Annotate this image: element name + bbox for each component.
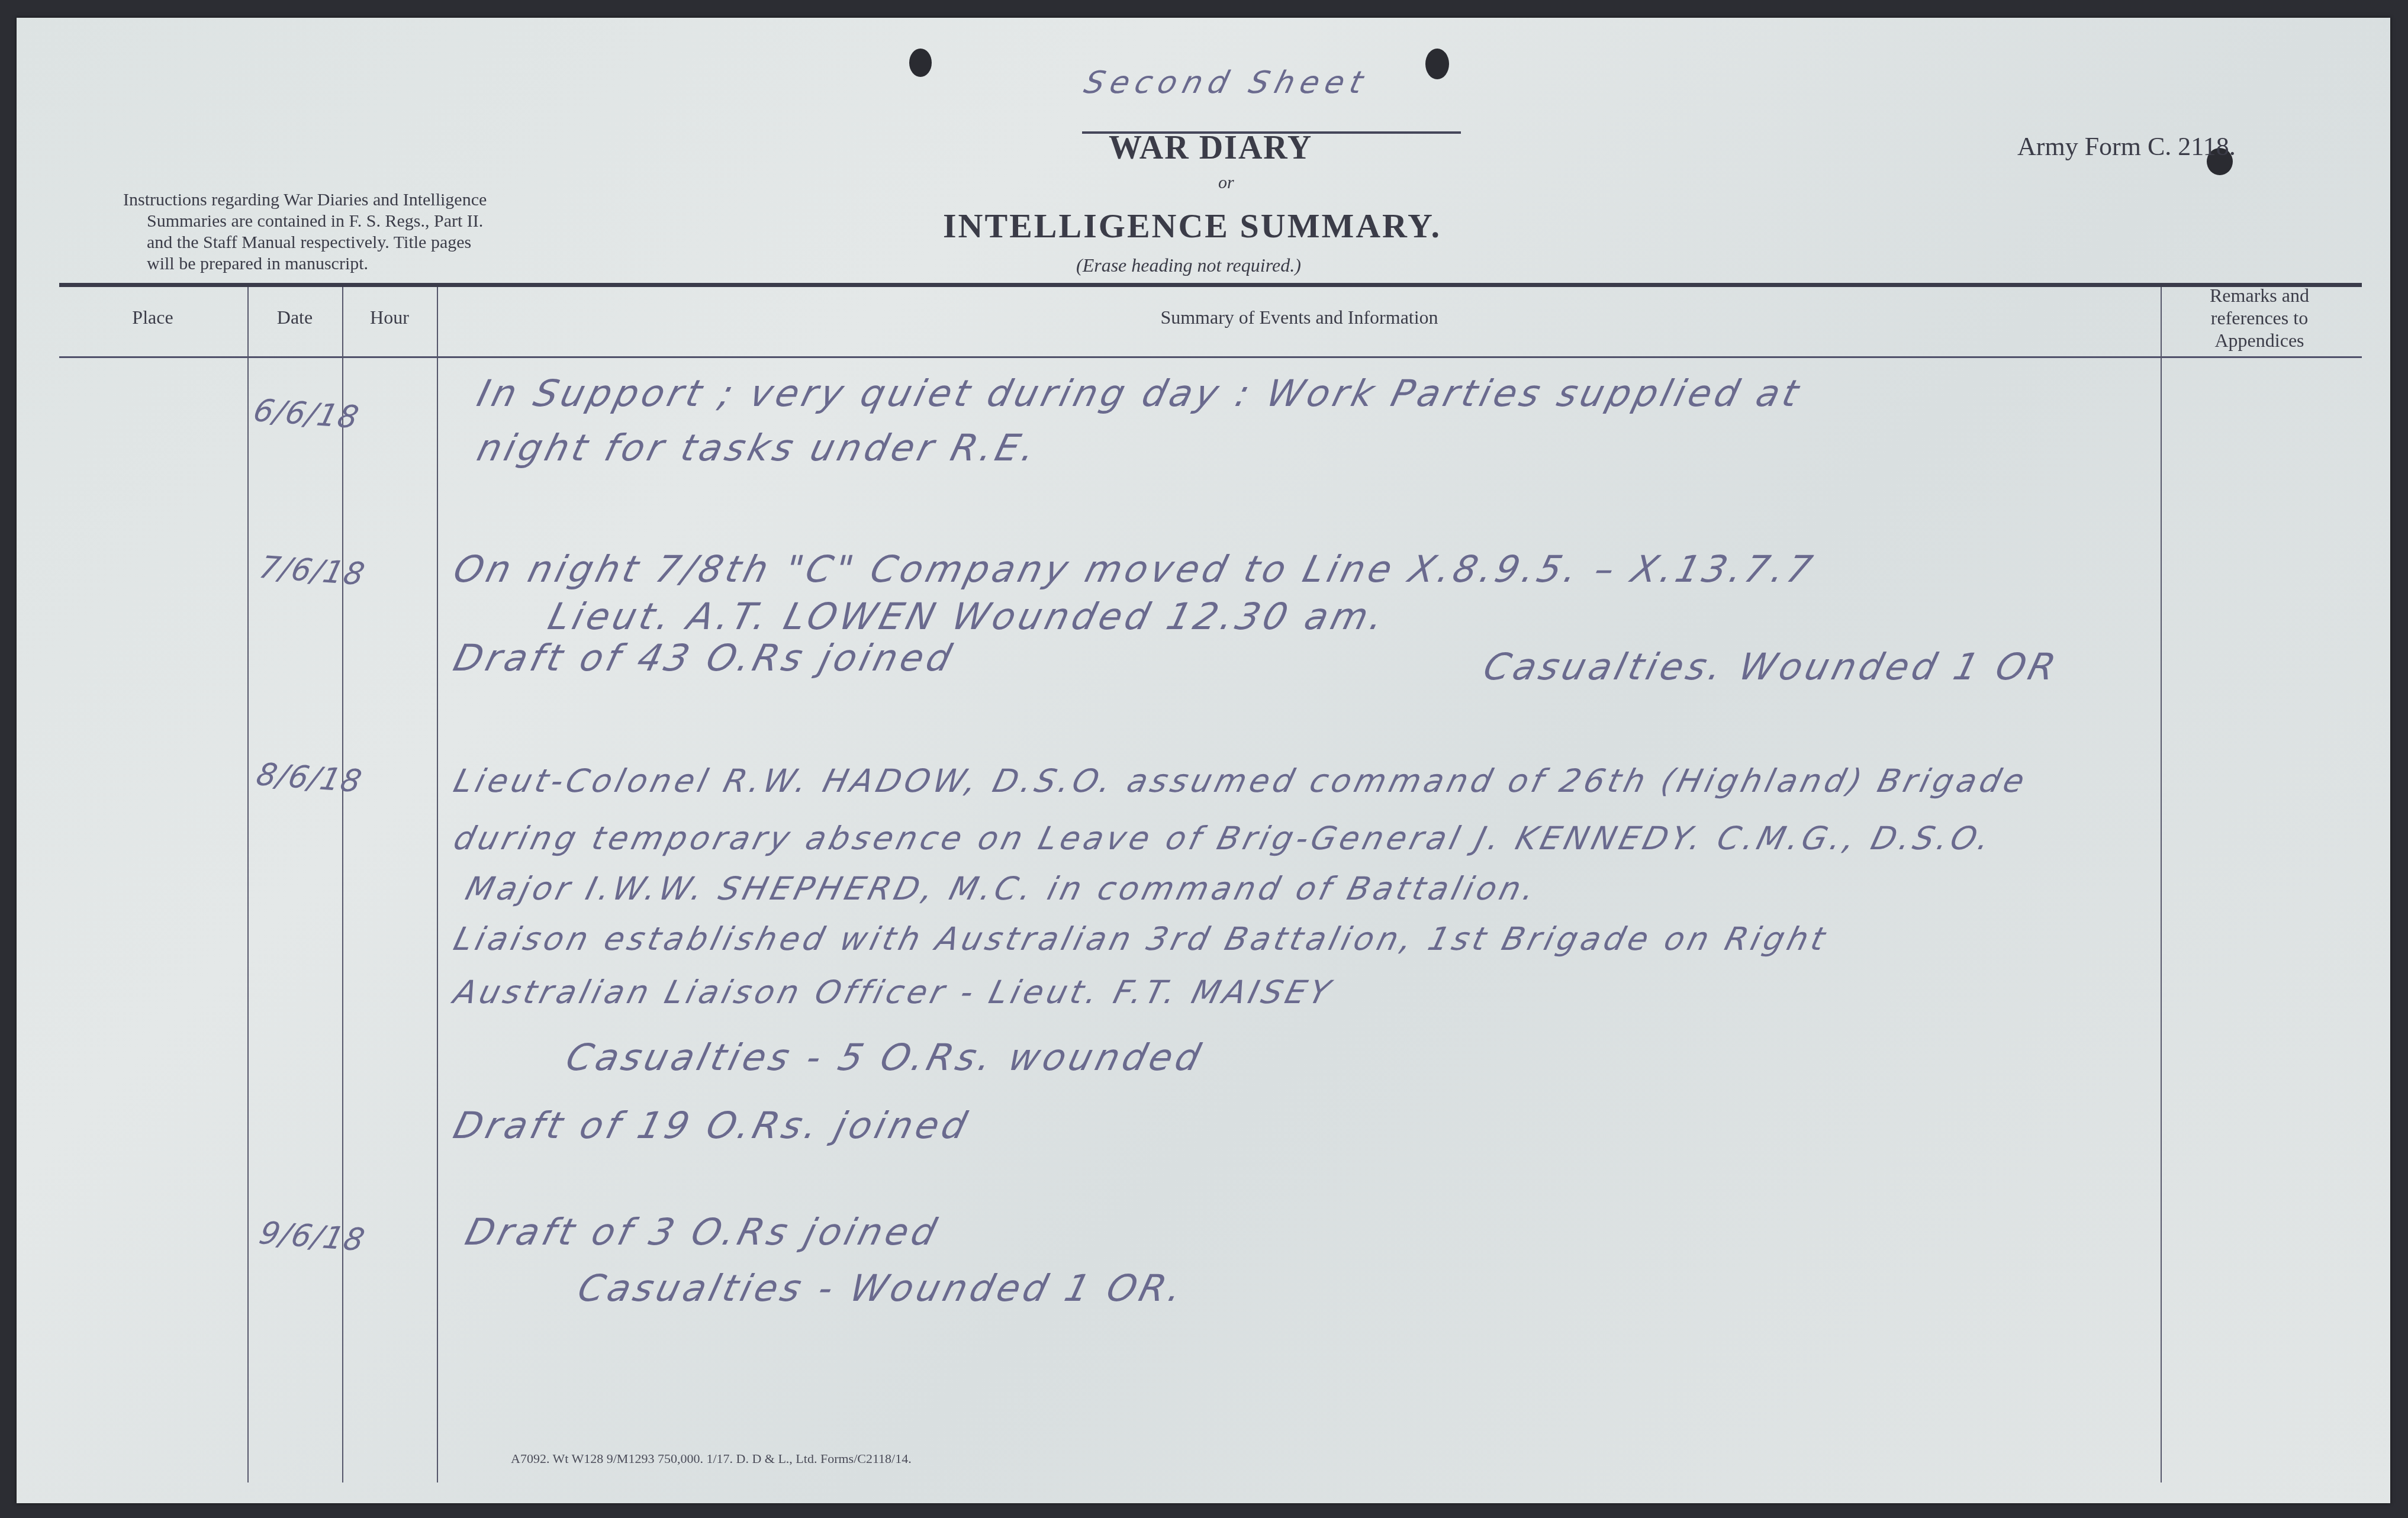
entry-date: 9/6/18: [256, 1216, 369, 1258]
column-divider: [247, 287, 249, 1482]
instructions-line: will be prepared in manuscript.: [123, 253, 691, 275]
title-or: or: [1218, 173, 1234, 193]
entry-line: Major I.W.W. SHEPHERD, M.C. in command o…: [462, 870, 1542, 907]
entry-line: Australian Liaison Officer - Lieut. F.T.…: [450, 974, 1337, 1011]
header-bottom-rule: [59, 356, 2362, 358]
handwritten-title: Second Sheet: [1081, 65, 1373, 101]
entry-date: 8/6/18: [253, 757, 366, 800]
remarks-header-line: Appendices: [2162, 329, 2357, 352]
title-intelligence-summary: INTELLIGENCE SUMMARY.: [943, 206, 1441, 246]
entry-line: Liaison established with Australian 3rd …: [450, 920, 1832, 958]
entry-line: Draft of 3 O.Rs joined: [461, 1210, 944, 1253]
column-header-place: Place: [64, 307, 242, 328]
entry-line: Draft of 43 O.Rs joined: [449, 636, 960, 679]
entry-line: Casualties - Wounded 1 OR.: [574, 1266, 1190, 1310]
title-war-diary: WAR DIARY: [1109, 129, 1312, 167]
entry-line: Lieut. A.T. LOWEN Wounded 12.30 am.: [544, 595, 1392, 638]
erase-heading-note: (Erase heading not required.): [1076, 254, 1301, 276]
punch-hole-left: [909, 49, 932, 77]
entry-date: 7/6/18: [256, 550, 369, 592]
entry-line: Draft of 19 O.Rs. joined: [449, 1104, 974, 1147]
printer-imprint: A7092. Wt W128 9/M1293 750,000. 1/17. D.…: [511, 1451, 912, 1467]
column-header-summary: Summary of Events and Information: [438, 307, 2161, 328]
entry-line: Casualties. Wounded 1 OR: [1479, 645, 2063, 688]
column-divider: [437, 287, 438, 1482]
column-header-date: Date: [249, 307, 341, 328]
column-divider: [342, 287, 343, 1482]
entry-date: 6/6/18: [250, 393, 363, 436]
instructions-line: Instructions regarding War Diaries and I…: [123, 189, 691, 211]
army-form-number: Army Form C. 2118.: [2017, 131, 2236, 162]
entry-line: Lieut-Colonel R.W. HADOW, D.S.O. assumed…: [450, 762, 2032, 800]
punch-hole-right: [1425, 49, 1449, 79]
instructions-line: and the Staff Manual respectively. Title…: [123, 232, 691, 253]
entry-line: night for tasks under R.E.: [473, 426, 1044, 469]
entry-line: during temporary absence on Leave of Bri…: [450, 820, 1997, 857]
entry-line: In Support ; very quiet during day : Wor…: [473, 372, 1807, 415]
column-header-remarks: Remarks and references to Appendices: [2162, 284, 2357, 352]
remarks-header-line: Remarks and: [2162, 284, 2357, 307]
remarks-header-line: references to: [2162, 307, 2357, 329]
instructions-block: Instructions regarding War Diaries and I…: [123, 189, 691, 275]
entry-line: Casualties - 5 O.Rs. wounded: [562, 1036, 1208, 1079]
table-top-rule: [59, 283, 2362, 287]
instructions-line: Summaries are contained in F. S. Regs., …: [123, 211, 691, 232]
column-header-hour: Hour: [343, 307, 436, 328]
column-divider: [2161, 287, 2162, 1482]
war-diary-sheet: Second Sheet WAR DIARY or INTELLIGENCE S…: [17, 18, 2390, 1503]
entry-line: On night 7/8th "C" Company moved to Line…: [449, 547, 1820, 591]
